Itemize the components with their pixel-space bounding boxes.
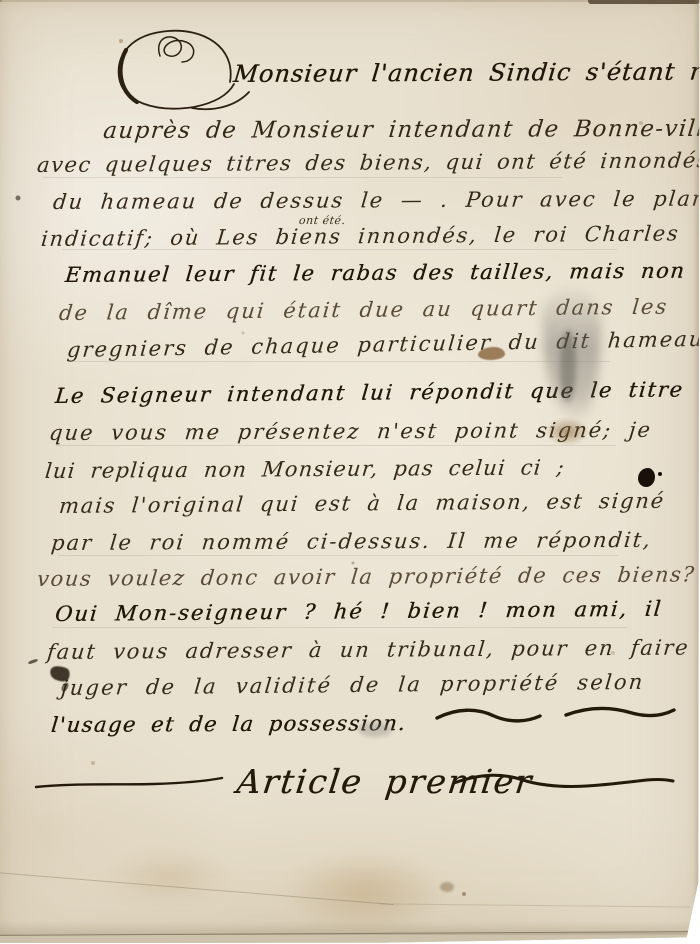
pencil-guide-line: [52, 627, 627, 628]
page-edge-top-right: [588, 0, 700, 4]
pencil-guide-line: [42, 177, 562, 178]
manuscript-line-11: lui repliqua non Monsieur, pas celui ci …: [44, 455, 566, 483]
end-of-paragraph-flourish: [432, 702, 677, 728]
interlinear-insertion-note: ont été.: [298, 214, 346, 227]
manuscript-line-18: l'usage et de la possession.: [50, 711, 408, 737]
manuscript-line-15: Oui Mon-seigneur ? hé ! bien ! mon ami, …: [54, 597, 664, 626]
manuscript-line-3: avec quelques titres des biens, qui ont …: [36, 148, 700, 177]
manuscript-line-16: faut vous adresser à un tribunal, pour e…: [46, 636, 691, 664]
paper-specks: [0, 0, 2, 2]
manuscript-line-4: du hameau de dessus le — . Pour avec le …: [52, 187, 700, 214]
margin-ink-tick: [28, 658, 38, 664]
manuscript-line-12: mais l'original qui est à la maison, est…: [58, 489, 666, 518]
pencil-guide-line: [56, 445, 616, 446]
manuscript-line-5: indicatif; où Les biens innondés, le roi…: [40, 221, 681, 251]
bottom-shadow-band: [0, 921, 700, 935]
bottom-tan-stain: [285, 853, 445, 931]
manuscript-line-9: Le Seigneur intendant lui répondit que l…: [54, 377, 685, 408]
crease-line: [0, 872, 394, 905]
manuscript-line-2: auprès de Monsieur intendant de Bonne-vi…: [102, 116, 700, 144]
page-edge-top: [0, 0, 590, 2]
page-edge-bottom: [0, 931, 700, 944]
crease-line-faint: [380, 903, 690, 907]
manuscript-line-8: gregniers de chaque particulier du dit h…: [66, 327, 700, 362]
manuscript-line-7: de la dîme qui était due au quart dans l…: [58, 295, 669, 325]
black-ink-blot: [638, 468, 655, 487]
ink-blot-speck: [658, 472, 662, 476]
scanned-manuscript-page: { "manuscript": { "lines": [ "Monsieur l…: [0, 0, 700, 944]
manuscript-line-14: vous voulez donc avoir la propriété de c…: [36, 562, 697, 591]
bottom-speck-stain: [440, 882, 454, 892]
manuscript-line-13: par le roi nommé ci-dessus. Il me répond…: [50, 528, 653, 555]
article-heading: Article premier: [235, 762, 536, 801]
heading-left-flourish: [34, 772, 226, 794]
manuscript-line-10: que vous me présentez n'est point signé;…: [48, 418, 653, 445]
manuscript-line-6: Emanuel leur fit le rabas des tailles, m…: [64, 259, 687, 287]
calligraphic-paraph-flourish: [96, 22, 256, 122]
bottom-tan-stain-left: [105, 850, 235, 905]
pencil-guide-line: [70, 361, 610, 362]
manuscript-line-17: juger de la validité de la propriété sel…: [60, 670, 646, 700]
manuscript-line-1: Monsieur l'ancien Sindic s'étant rendu: [232, 57, 700, 88]
pencil-guide-line: [58, 555, 618, 556]
paper-sheet: Monsieur l'ancien Sindic s'étant rendu a…: [0, 0, 700, 944]
